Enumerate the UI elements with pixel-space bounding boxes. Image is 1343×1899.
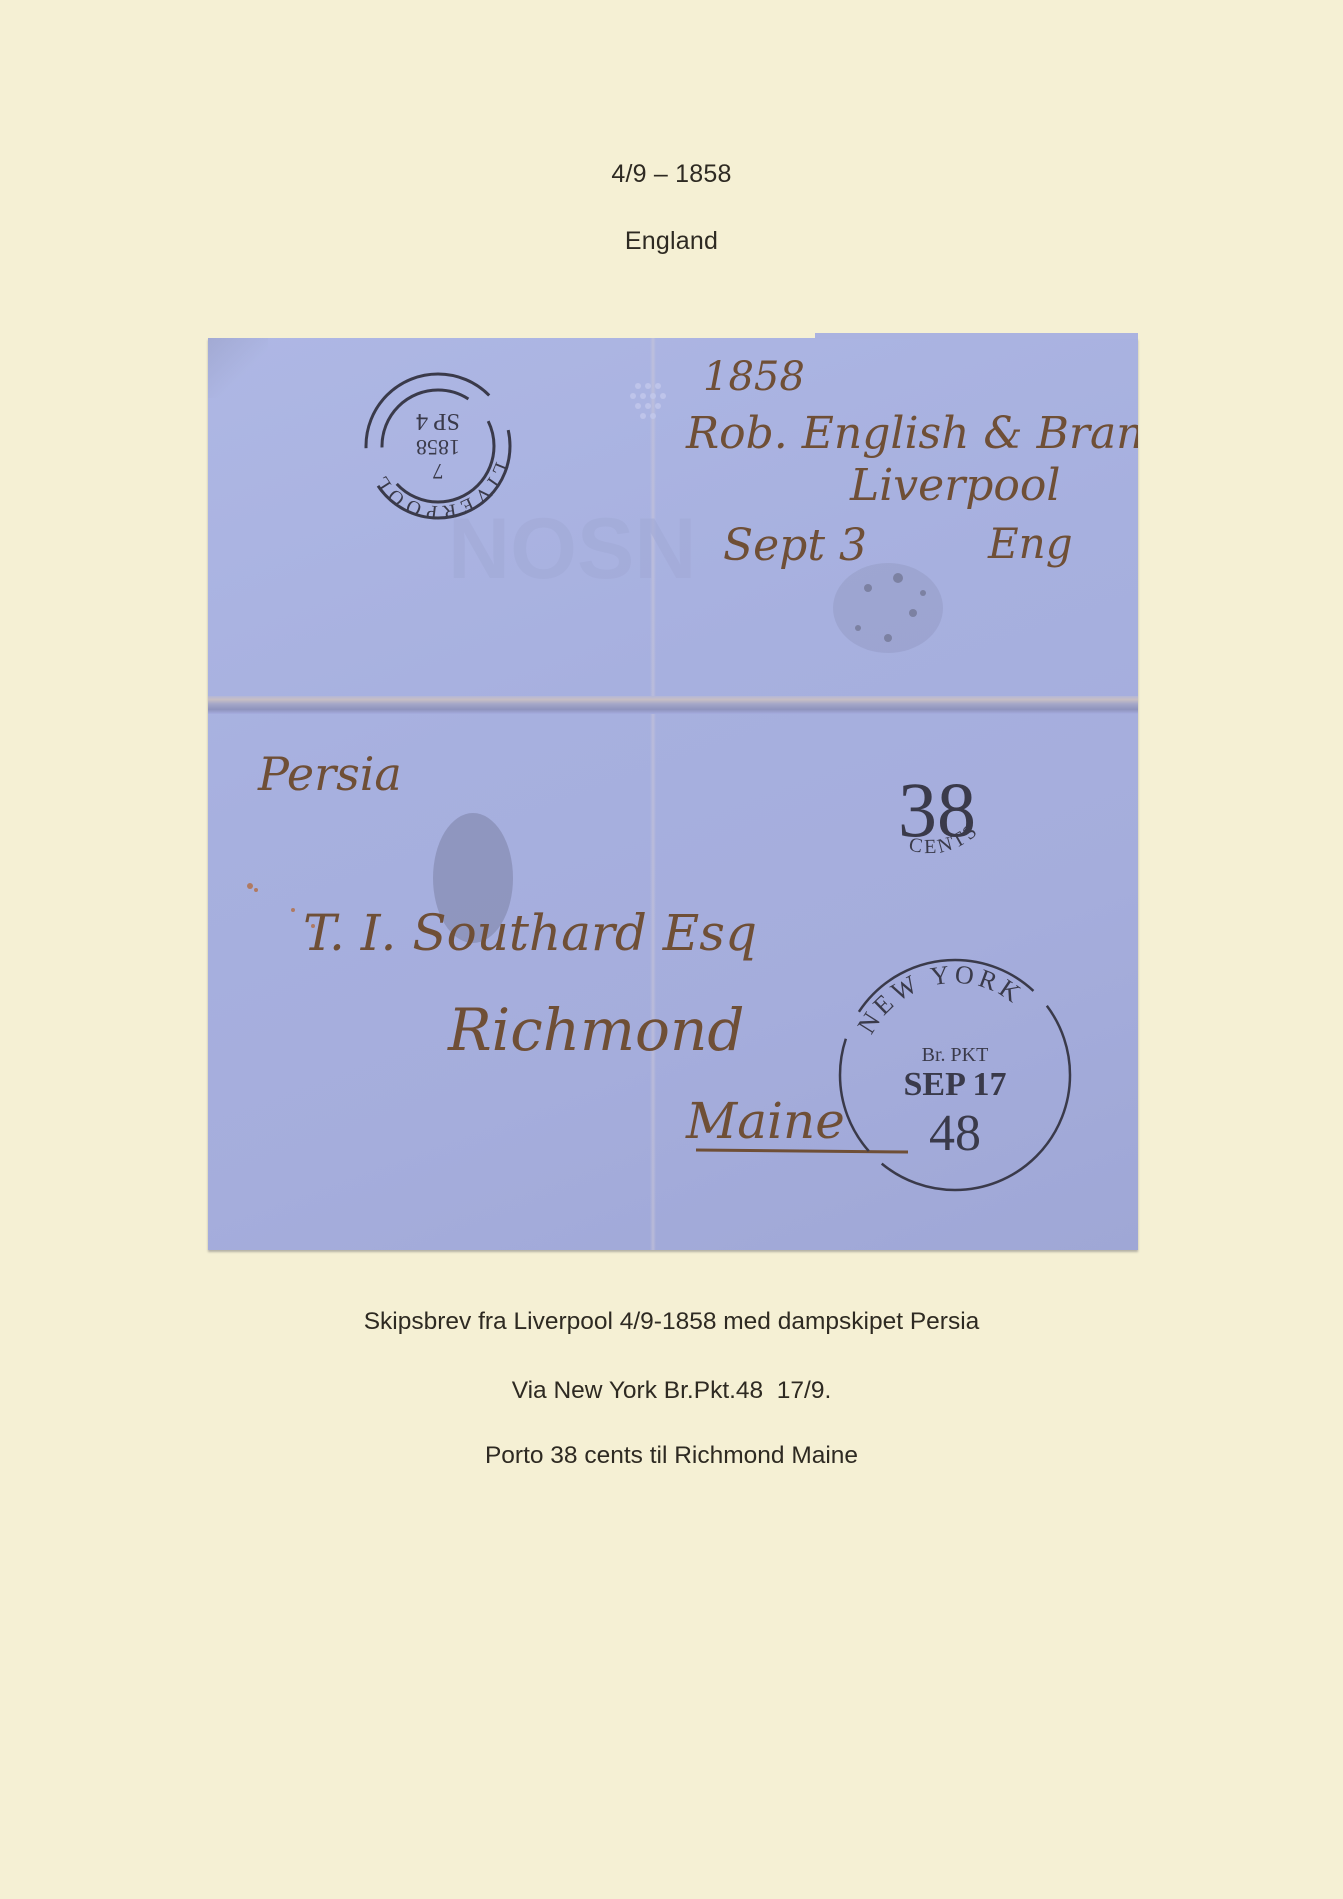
cover-markings: NOSN LIVERPOOL 7 1858 SP 4 — [208, 338, 1138, 1250]
manuscript-date: Sept 3 — [723, 520, 867, 571]
manuscript-sender: Rob. English & Brand — [685, 408, 1138, 459]
ny-service: Br. PKT — [922, 1044, 989, 1066]
manuscript-addressee: T. I. Southard Esq — [303, 904, 757, 962]
state-underline — [696, 1150, 908, 1152]
manuscript-ship-name: Persia — [257, 747, 402, 801]
ny-rate: 48 — [929, 1105, 981, 1162]
description-line-1: Skipsbrev fra Liverpool 4/9-1858 med dam… — [0, 1308, 1343, 1336]
svg-text:NEW YORK: NEW YORK — [852, 959, 1029, 1038]
liverpool-code: 7 — [433, 459, 444, 484]
smudged-postmark — [833, 563, 943, 653]
description-line-3: Porto 38 cents til Richmond Maine — [0, 1442, 1343, 1470]
manuscript-city: Richmond — [447, 996, 744, 1064]
ny-date: SEP 17 — [904, 1066, 1007, 1103]
description-line-2: Via New York Br.Pkt.48 17/9. — [0, 1377, 1343, 1405]
manuscript-year: 1858 — [703, 354, 805, 400]
country-heading: England — [0, 227, 1343, 256]
manuscript-sender-country: Eng — [987, 519, 1073, 568]
new-york-postmark: NEW YORK Br. PKT SEP 17 48 — [840, 959, 1070, 1190]
liverpool-date: SP 4 — [416, 408, 460, 434]
embossed-pattern — [630, 383, 666, 419]
paper-watermark: NOSN — [448, 501, 696, 597]
rate-handstamp-38-cents: 38 CENTS — [898, 766, 1010, 858]
liverpool-year: 1858 — [416, 435, 460, 460]
manuscript-sender-city: Liverpool — [849, 460, 1060, 511]
date-heading: 4/9 – 1858 — [0, 160, 1343, 189]
stampless-cover: NOSN LIVERPOOL 7 1858 SP 4 — [208, 338, 1138, 1250]
manuscript-state: Maine — [685, 1092, 845, 1150]
liverpool-postmark: LIVERPOOL 7 1858 SP 4 — [366, 374, 512, 523]
